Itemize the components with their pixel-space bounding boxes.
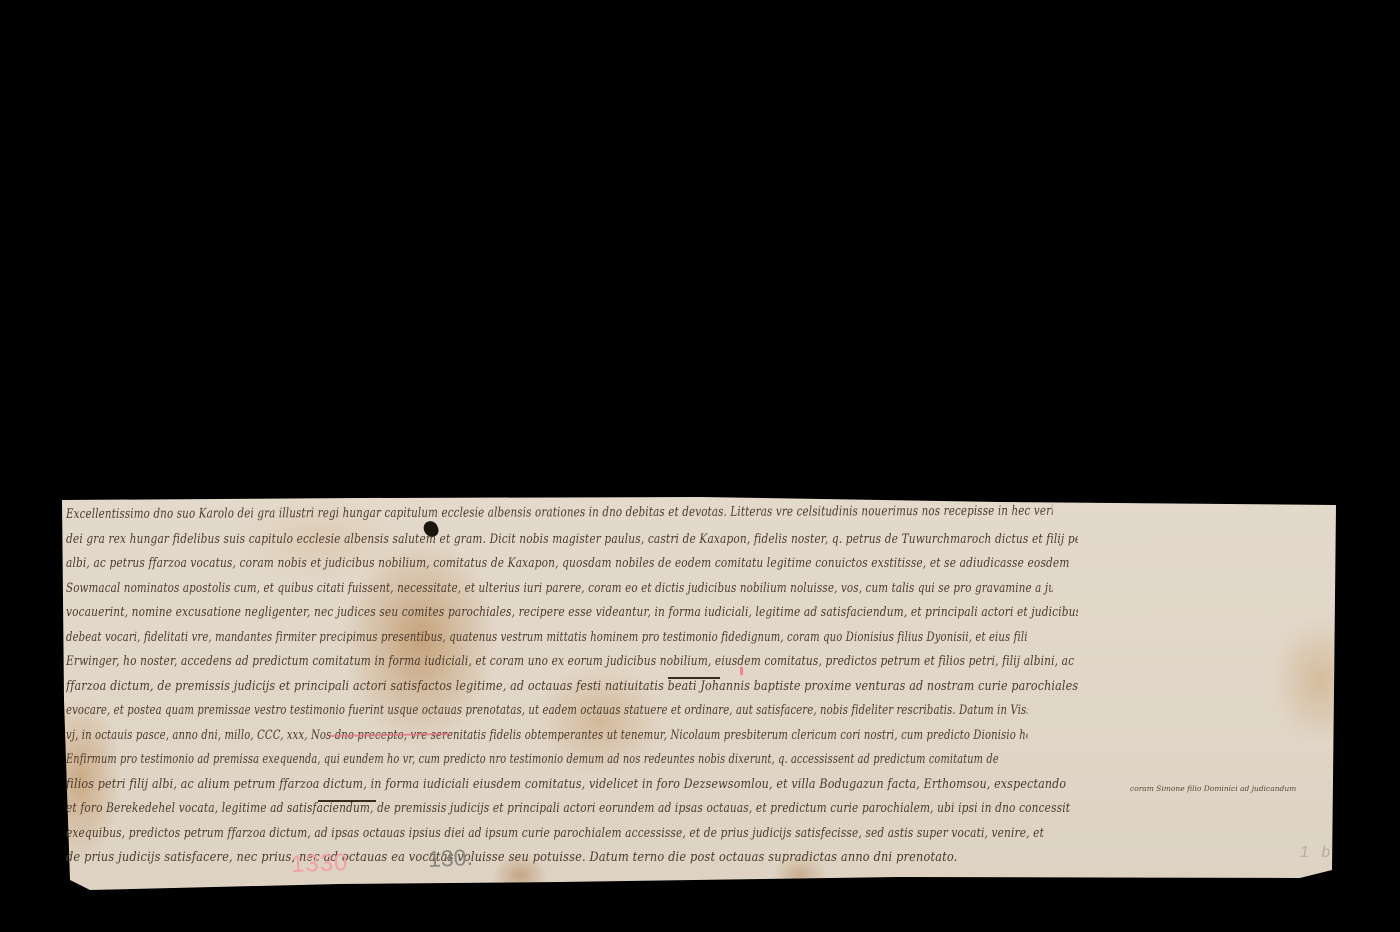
text-line-5: vocauerint, nomine excusatione negligent…: [66, 601, 1078, 626]
text-line-4: Sowmacal nominatos apostolis cum, et qui…: [66, 577, 1053, 602]
text-line-7: Erwinger, ho noster, accedens ad predict…: [66, 650, 1078, 675]
text-line-12: filios petri filij albi, ac alium petrum…: [66, 773, 1129, 798]
text-line-9: evocare, et postea quam premissae vestro…: [66, 699, 1027, 724]
text-line-8: ffarzoa dictum, de premissis judicijs et…: [66, 675, 1129, 700]
charter-text: Excellentissimo dno suo Karolo dei gra i…: [66, 503, 1331, 871]
text-line-13: et foro Berekedehel vocata, legitime ad …: [66, 797, 1078, 822]
text-line-2: dei gra rex hungar fidelibus suis capitu…: [66, 528, 1078, 553]
corner-pencil-mark: 1 b: [1300, 844, 1334, 862]
text-line-15: de prius judicijs satisfacere, nec prius…: [66, 846, 1154, 871]
archival-date-annotation: 1330: [291, 849, 349, 879]
archival-number-annotation: 130.: [427, 844, 473, 873]
text-line-1: Excellentissimo dno suo Karolo dei gra i…: [66, 500, 1053, 528]
interlinear-insertion: coram Simone filio Dominici ad judicandu…: [1130, 784, 1296, 793]
text-line-6: debeat vocari, fidelitati vre, mandantes…: [66, 626, 1027, 651]
strikethrough-mark: [668, 677, 720, 679]
text-line-10: vj, in octauis pasce, anno dni, millo, C…: [66, 724, 1027, 749]
strikethrough-mark: [318, 800, 376, 802]
text-line-14: exequibus, predictos petrum ffarzoa dict…: [66, 822, 1078, 847]
red-pencil-mark: [740, 667, 743, 675]
text-line-3: albi, ac petrus ffarzoa vocatus, coram n…: [66, 552, 1078, 577]
text-line-11: Enfirmum pro testimonio ad premissa exeq…: [66, 748, 1002, 773]
